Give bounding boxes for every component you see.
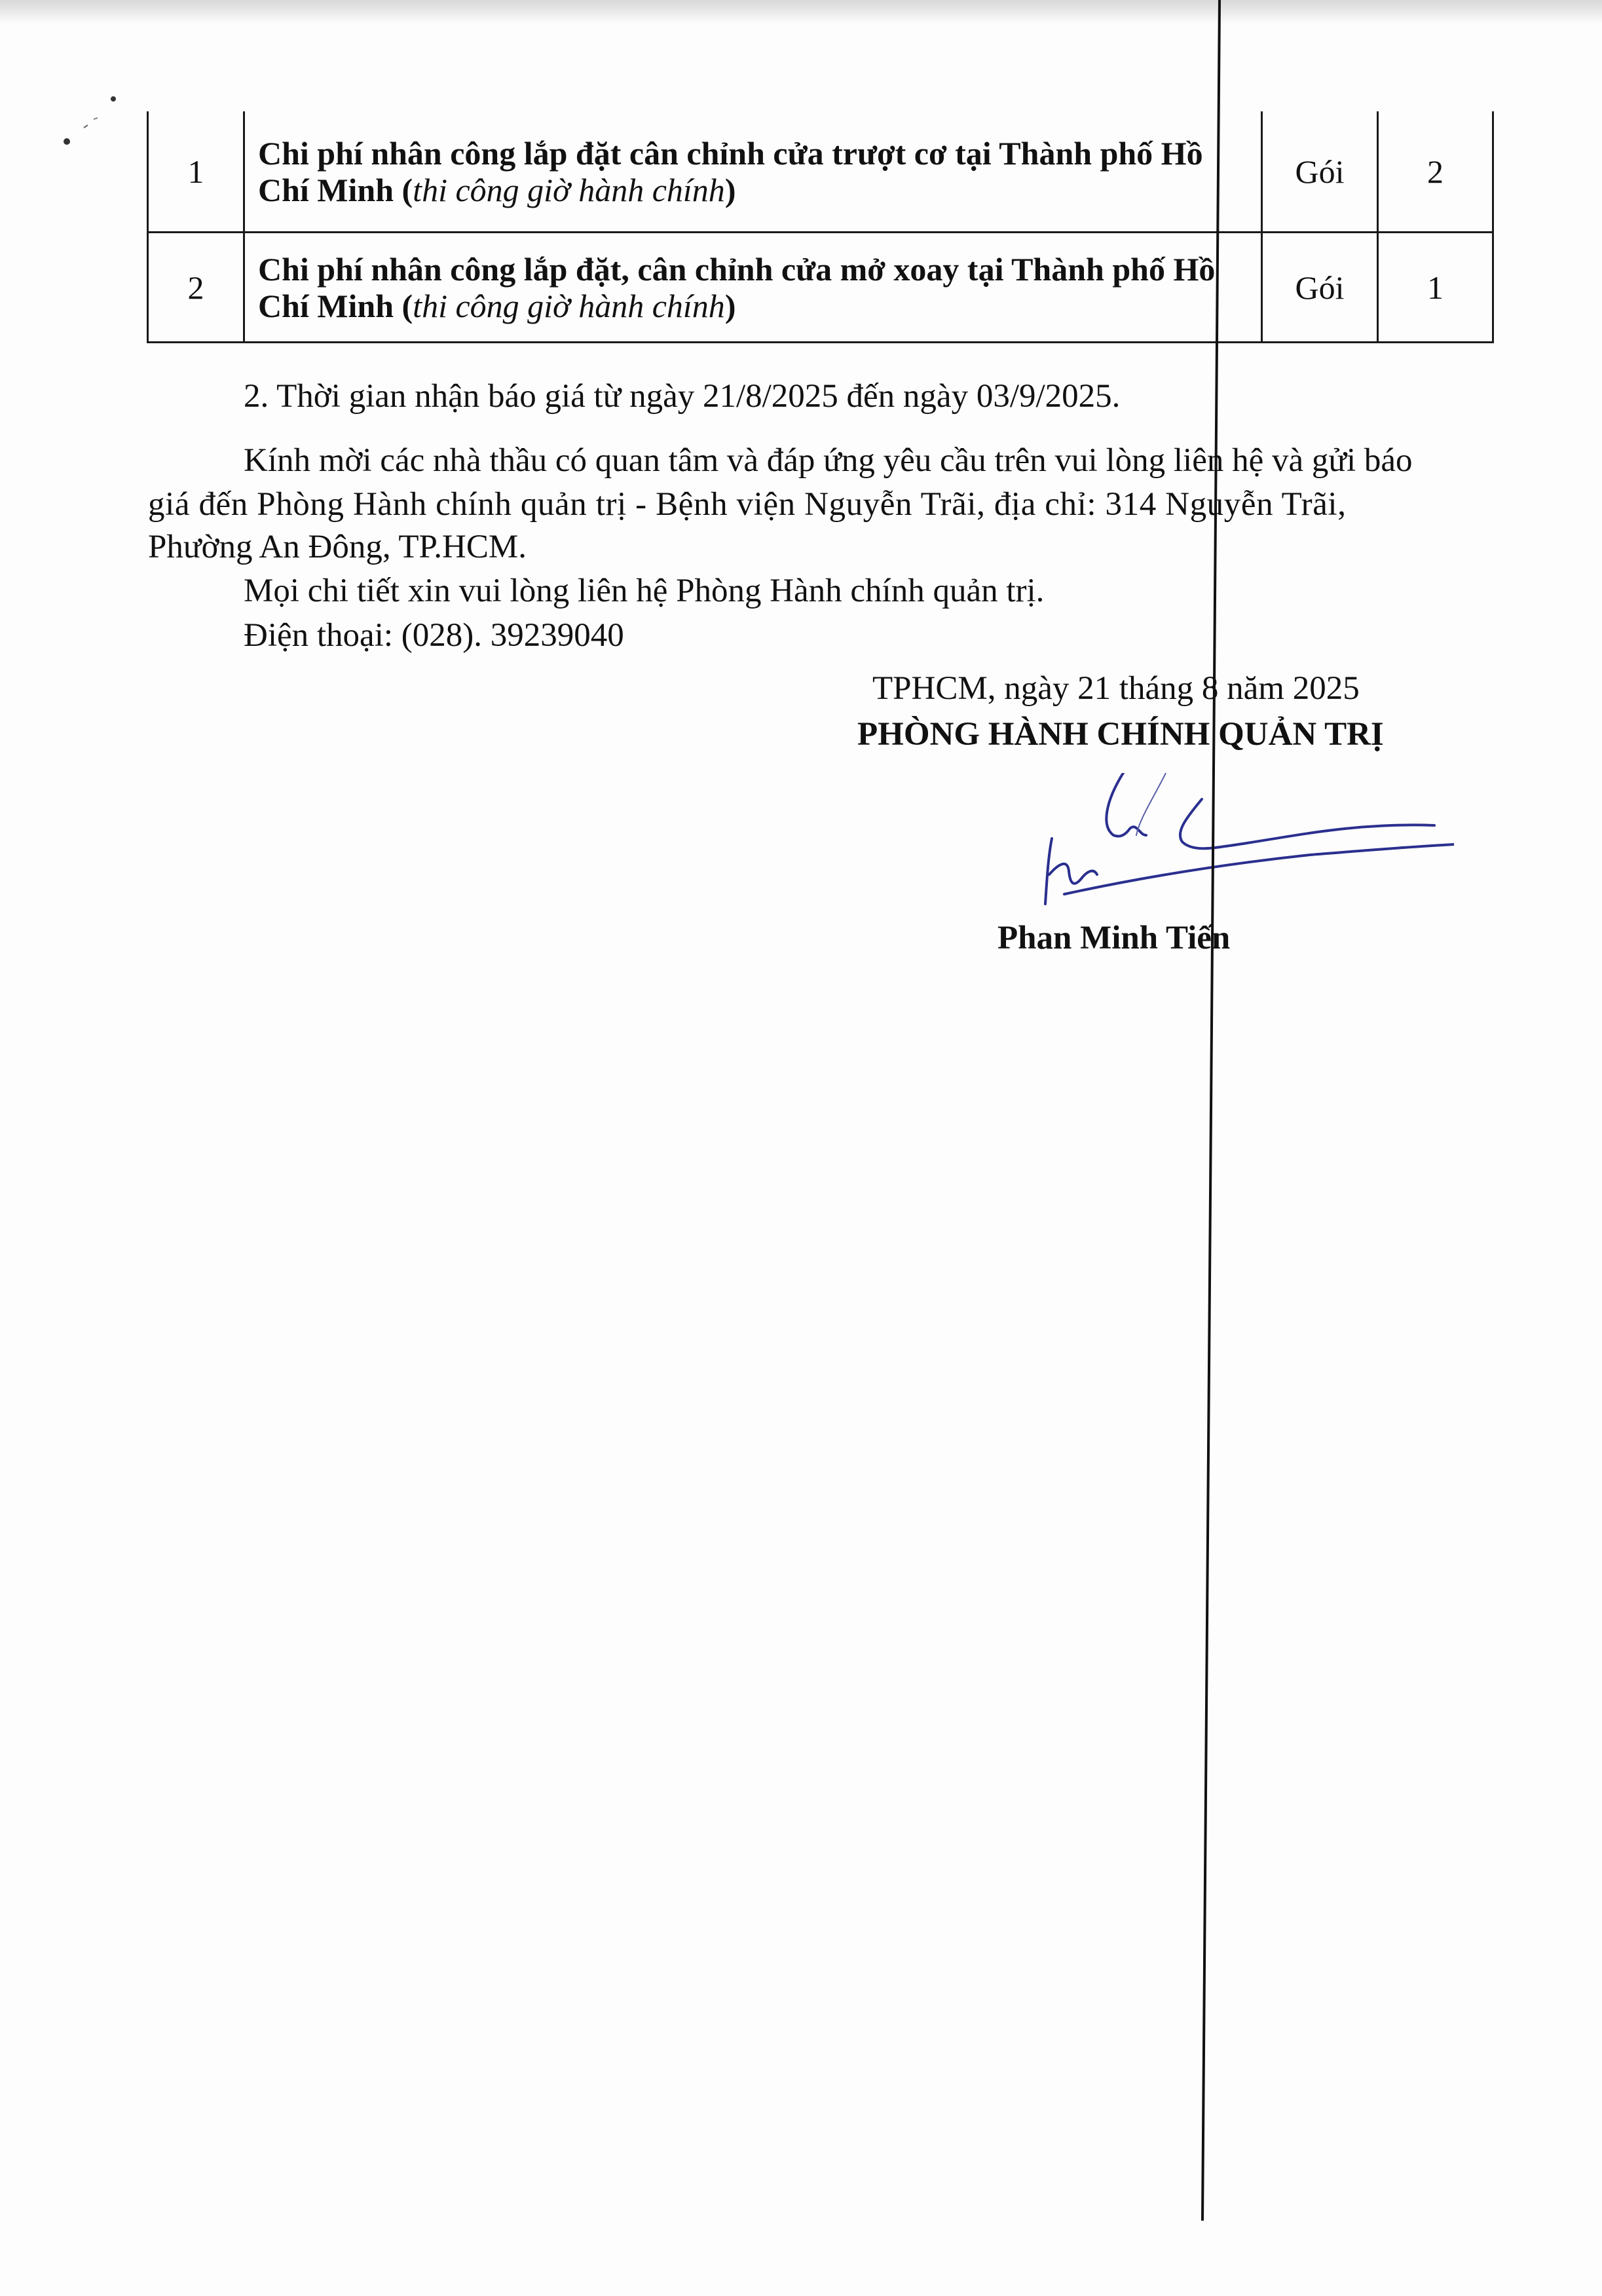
scan-edge-shadow <box>0 0 1602 22</box>
quotation-items-table: 1 Chi phí nhân công lắp đặt cân chỉnh cử… <box>147 111 1494 343</box>
item-quantity: 1 <box>1378 233 1493 343</box>
invitation-line-2: giá đến Phòng Hành chính quản trị - Bệnh… <box>148 483 1347 526</box>
row-number: 2 <box>148 233 244 343</box>
signer-name: Phan Minh Tiến <box>997 919 1230 957</box>
item-description: Chi phí nhân công lắp đặt cân chỉnh cửa … <box>244 111 1262 233</box>
invitation-line-3: Phường An Đông, TP.HCM. <box>148 525 527 569</box>
item-quantity: 2 <box>1378 111 1493 233</box>
quote-period: 2. Thời gian nhận báo giá từ ngày 21/8/2… <box>244 375 1120 418</box>
handwritten-signature <box>1009 773 1454 917</box>
item-description-main: Chi phí nhân công lắp đặt, cân chỉnh cửa… <box>258 251 1215 324</box>
contact-info: Mọi chi tiết xin vui lòng liên hệ Phòng … <box>244 569 1044 612</box>
table-row: 2 Chi phí nhân công lắp đặt, cân chỉnh c… <box>148 233 1493 343</box>
item-unit: Gói <box>1262 111 1378 233</box>
scan-specks <box>0 0 157 170</box>
item-unit: Gói <box>1262 233 1378 343</box>
phone-number: Điện thoại: (028). 39239040 <box>244 614 624 657</box>
row-number: 1 <box>148 111 244 233</box>
invitation-line-1: Kính mời các nhà thầu có quan tâm và đáp… <box>244 439 1413 482</box>
signature-date: TPHCM, ngày 21 tháng 8 năm 2025 <box>872 669 1360 707</box>
item-description: Chi phí nhân công lắp đặt, cân chỉnh cửa… <box>244 233 1262 343</box>
scan-vertical-line <box>0 0 1602 2296</box>
table-row: 1 Chi phí nhân công lắp đặt cân chỉnh cử… <box>148 111 1493 233</box>
item-description-note: thi công giờ hành chính <box>413 172 725 208</box>
item-description-main: Chi phí nhân công lắp đặt cân chỉnh cửa … <box>258 135 1203 208</box>
signing-department: PHÒNG HÀNH CHÍNH QUẢN TRỊ <box>857 715 1384 753</box>
item-description-note: thi công giờ hành chính <box>413 288 725 324</box>
